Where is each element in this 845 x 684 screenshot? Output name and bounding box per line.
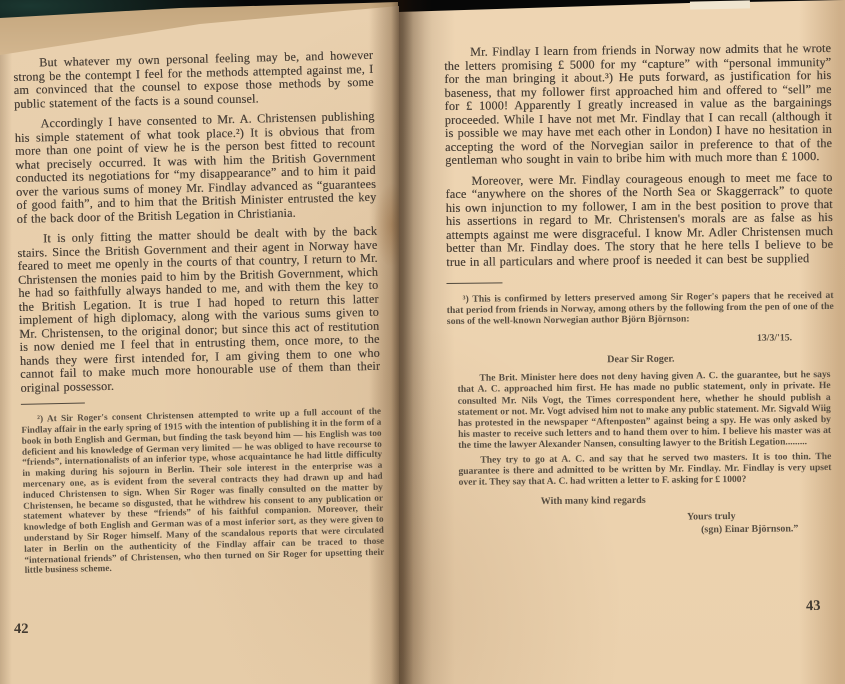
letter-paragraph: The Brit. Minister here does not deny ha… bbox=[447, 369, 835, 451]
left-page: But whatever my own personal feeling may… bbox=[0, 0, 399, 684]
letter-closing: With many kind regards bbox=[449, 493, 836, 508]
footnote-intro: ³) This is confirmed by letters preserve… bbox=[447, 290, 834, 327]
paragraph: Moreover, were Mr. Findlay courageous en… bbox=[445, 170, 833, 269]
left-page-text: But whatever my own personal feeling may… bbox=[13, 49, 385, 585]
letter-salutation: Dear Sir Roger. bbox=[447, 352, 834, 367]
paragraph: Mr. Findlay I learn from friends in Norw… bbox=[444, 42, 832, 168]
page-edge-sliver bbox=[690, 0, 750, 9]
letter-paragraph: They try to go at A. C. and say that he … bbox=[448, 451, 835, 489]
paragraph: It is only fitting the matter should be … bbox=[17, 225, 381, 395]
page-number: 42 bbox=[14, 621, 29, 638]
footnote-divider bbox=[21, 402, 85, 404]
paragraph: Accordingly I have consented to Mr. A. C… bbox=[14, 110, 376, 226]
letter-date: 13/3/'15. bbox=[447, 332, 834, 347]
right-page-text: Mr. Findlay I learn from friends in Norw… bbox=[444, 42, 836, 538]
paragraph: But whatever my own personal feeling may… bbox=[13, 49, 374, 111]
footnote-divider bbox=[446, 282, 502, 284]
footnote: ²) At Sir Roger's consent Christensen at… bbox=[21, 406, 385, 576]
page-number: 43 bbox=[806, 598, 821, 615]
book-scan: But whatever my own personal feeling may… bbox=[0, 0, 845, 684]
